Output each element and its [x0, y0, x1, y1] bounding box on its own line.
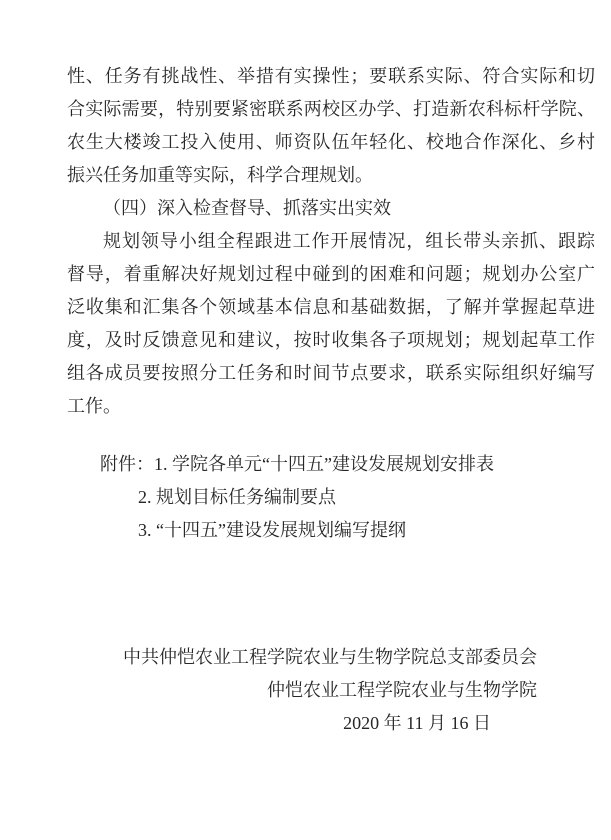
- attachment-item: 3. “十四五”建设发展规划编写提纲: [138, 514, 560, 547]
- body-line: 合实际需要，特别要紧密联系两校区办学、打造新农科标杆学院、: [67, 93, 595, 126]
- signature-date: 2020 年 11 月 16 日: [123, 707, 537, 740]
- document-body: 性、任务有挑战性、举措有实操性；要联系实际、符合实际和切 合实际需要，特别要紧密…: [67, 60, 595, 423]
- body-line: 组各成员要按照分工任务和时间节点要求，联系实际组织好编写: [67, 357, 595, 390]
- attachment-item: 1. 学院各单元“十四五”建设发展规划安排表: [154, 454, 494, 474]
- attachments-block: 附件：1. 学院各单元“十四五”建设发展规划安排表 2. 规划目标任务编制要点 …: [100, 448, 560, 547]
- attachment-item: 2. 规划目标任务编制要点: [138, 481, 560, 514]
- body-line: 度，及时反馈意见和建议，按时收集各子项规划；规划起草工作: [67, 324, 595, 357]
- body-line: 振兴任务加重等实际，科学合理规划。: [67, 159, 595, 192]
- signature-org-line2: 仲恺农业工程学院农业与生物学院: [123, 674, 537, 707]
- section-heading: （四）深入检查督导、抓落实出实效: [67, 192, 595, 225]
- body-line: 性、任务有挑战性、举措有实操性；要联系实际、符合实际和切: [67, 60, 595, 93]
- attachments-label: 附件：: [100, 454, 154, 474]
- body-line: 工作。: [67, 390, 595, 423]
- body-line: 泛收集和汇集各个领域基本信息和基础数据，了解并掌握起草进: [67, 291, 595, 324]
- attachment-line: 附件：1. 学院各单元“十四五”建设发展规划安排表: [100, 448, 560, 481]
- signature-org-line1: 中共仲恺农业工程学院农业与生物学院总支部委员会: [123, 641, 537, 674]
- signature-block: 中共仲恺农业工程学院农业与生物学院总支部委员会 仲恺农业工程学院农业与生物学院 …: [123, 641, 537, 740]
- body-line: 规划领导小组全程跟进工作开展情况，组长带头亲抓、跟踪: [67, 225, 595, 258]
- document-page: 性、任务有挑战性、举措有实操性；要联系实际、符合实际和切 合实际需要，特别要紧密…: [0, 0, 611, 840]
- body-line: 农生大楼竣工投入使用、师资队伍年轻化、校地合作深化、乡村: [67, 126, 595, 159]
- body-line: 督导，着重解决好规划过程中碰到的困难和问题；规划办公室广: [67, 258, 595, 291]
